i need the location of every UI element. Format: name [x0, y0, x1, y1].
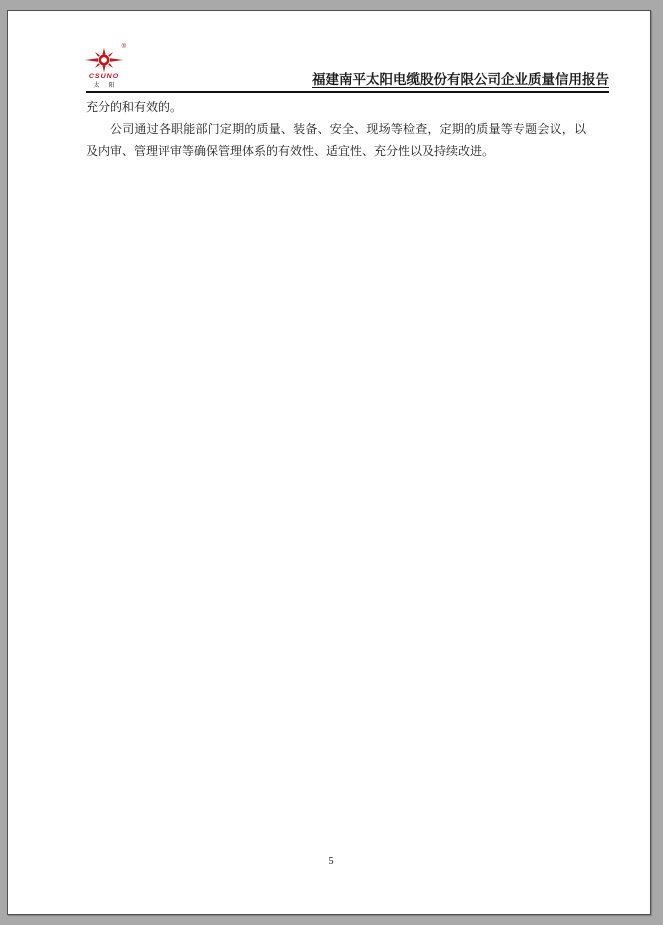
sun-rays-icon: [84, 47, 124, 73]
header-rule: [86, 91, 609, 93]
report-header-title: 福建南平太阳电缆股份有限公司企业质量信用报告: [312, 70, 609, 90]
document-page: ® CSUNO 太阳 福建南平太阳电缆股份有限公司企业质量信用报告 充分的和有效…: [7, 10, 651, 915]
registered-trademark-symbol: ®: [122, 44, 126, 50]
document-viewer-canvas: { "header": { "title": "福建南平太阳电缆股份有限公司企业…: [0, 0, 663, 925]
paragraph: 公司通过各职能部门定期的质量、装备、安全、现场等检查，定期的质量等专题会议，以及…: [86, 118, 586, 162]
sun-logo-icon: ®: [80, 47, 128, 73]
logo-caption: 太阳: [80, 83, 128, 89]
paragraph-continuation: 充分的和有效的。: [86, 96, 586, 118]
logo-wordmark: CSUNO: [80, 74, 128, 80]
page-body: 充分的和有效的。 公司通过各职能部门定期的质量、装备、安全、现场等检查，定期的质…: [86, 96, 586, 162]
company-logo: ® CSUNO 太阳: [80, 47, 128, 89]
page-number: 5: [86, 856, 576, 867]
